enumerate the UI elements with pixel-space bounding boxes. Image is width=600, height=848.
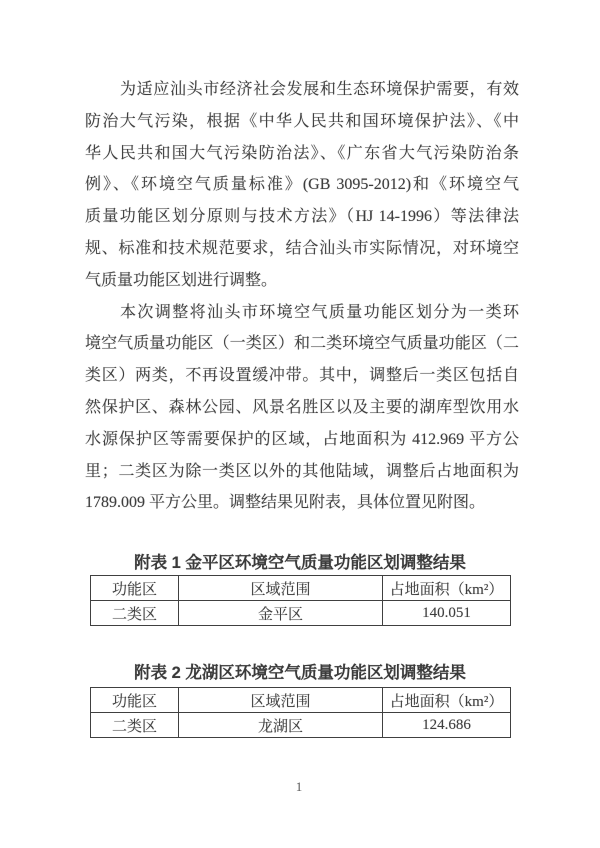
body-text: 为适应汕头市经济社会发展和生态环境保护需要，有效 防治大气污染，根据《中华人民共… (85, 74, 519, 519)
table-cell-zone-type: 二类区 (91, 713, 179, 738)
table-header-cell: 区域范围 (179, 688, 383, 713)
paragraph-2-line-7: 1789.009 平方公里。调整结果见附表，具体位置见附图。 (85, 487, 519, 519)
paragraph-1-line-7: 气质量功能区划进行调整。 (85, 265, 519, 297)
document-page: 为适应汕头市经济社会发展和生态环境保护需要，有效 防治大气污染，根据《中华人民共… (0, 0, 600, 848)
paragraph-1-line-3: 华人民共和国大气污染防治法》、《广东省大气污染防治条 (85, 138, 519, 170)
table-2-title: 附表 2 龙湖区环境空气质量功能区划调整结果 (0, 659, 600, 683)
table-cell-region: 龙湖区 (179, 713, 383, 738)
paragraph-1-line-4: 例》、《环境空气质量标准》(GB 3095-2012)和《环境空气 (85, 169, 519, 201)
paragraph-2-line-1: 本次调整将汕头市环境空气质量功能区划分为一类环 (85, 297, 519, 329)
paragraph-2-line-2: 境空气质量功能区（一类区）和二类环境空气质量功能区（二 (85, 328, 519, 360)
table-2-header-row: 功能区 区域范围 占地面积（km²） (91, 688, 511, 713)
paragraph-1-line-5: 质量功能区划分原则与技术方法》（HJ 14-1996）等法律法 (85, 201, 519, 233)
paragraph-1-line-2: 防治大气污染，根据《中华人民共和国环境保护法》、《中 (85, 106, 519, 138)
table-header-cell: 区域范围 (179, 576, 383, 601)
table-1-title: 附表 1 金平区环境空气质量功能区划调整结果 (0, 549, 600, 573)
table-1-header-row: 功能区 区域范围 占地面积（km²） (91, 576, 511, 601)
table-1-jinping: 功能区 区域范围 占地面积（km²） 二类区 金平区 140.051 (90, 575, 511, 626)
table-row: 二类区 金平区 140.051 (91, 601, 511, 626)
paragraph-2-line-4: 然保护区、森林公园、风景名胜区以及主要的湖库型饮用水 (85, 392, 519, 424)
table-2-longhu: 功能区 区域范围 占地面积（km²） 二类区 龙湖区 124.686 (90, 687, 511, 738)
paragraph-1-line-1: 为适应汕头市经济社会发展和生态环境保护需要，有效 (85, 74, 519, 106)
table-header-cell: 功能区 (91, 576, 179, 601)
table-cell-area: 140.051 (383, 601, 511, 626)
table-header-cell: 占地面积（km²） (383, 576, 511, 601)
table-row: 二类区 龙湖区 124.686 (91, 713, 511, 738)
table-header-cell: 功能区 (91, 688, 179, 713)
paragraph-2-line-5: 水源保护区等需要保护的区域，占地面积为 412.969 平方公 (85, 424, 519, 456)
paragraph-2-line-6: 里；二类区为除一类区以外的其他陆域，调整后占地面积为 (85, 456, 519, 488)
page-number: 1 (0, 779, 598, 795)
table-cell-region: 金平区 (179, 601, 383, 626)
table-cell-zone-type: 二类区 (91, 601, 179, 626)
paragraph-1-line-6: 规、标准和技术规范要求，结合汕头市实际情况，对环境空 (85, 233, 519, 265)
table-header-cell: 占地面积（km²） (383, 688, 511, 713)
paragraph-2-line-3: 类区）两类，不再设置缓冲带。其中，调整后一类区包括自 (85, 360, 519, 392)
table-cell-area: 124.686 (383, 713, 511, 738)
